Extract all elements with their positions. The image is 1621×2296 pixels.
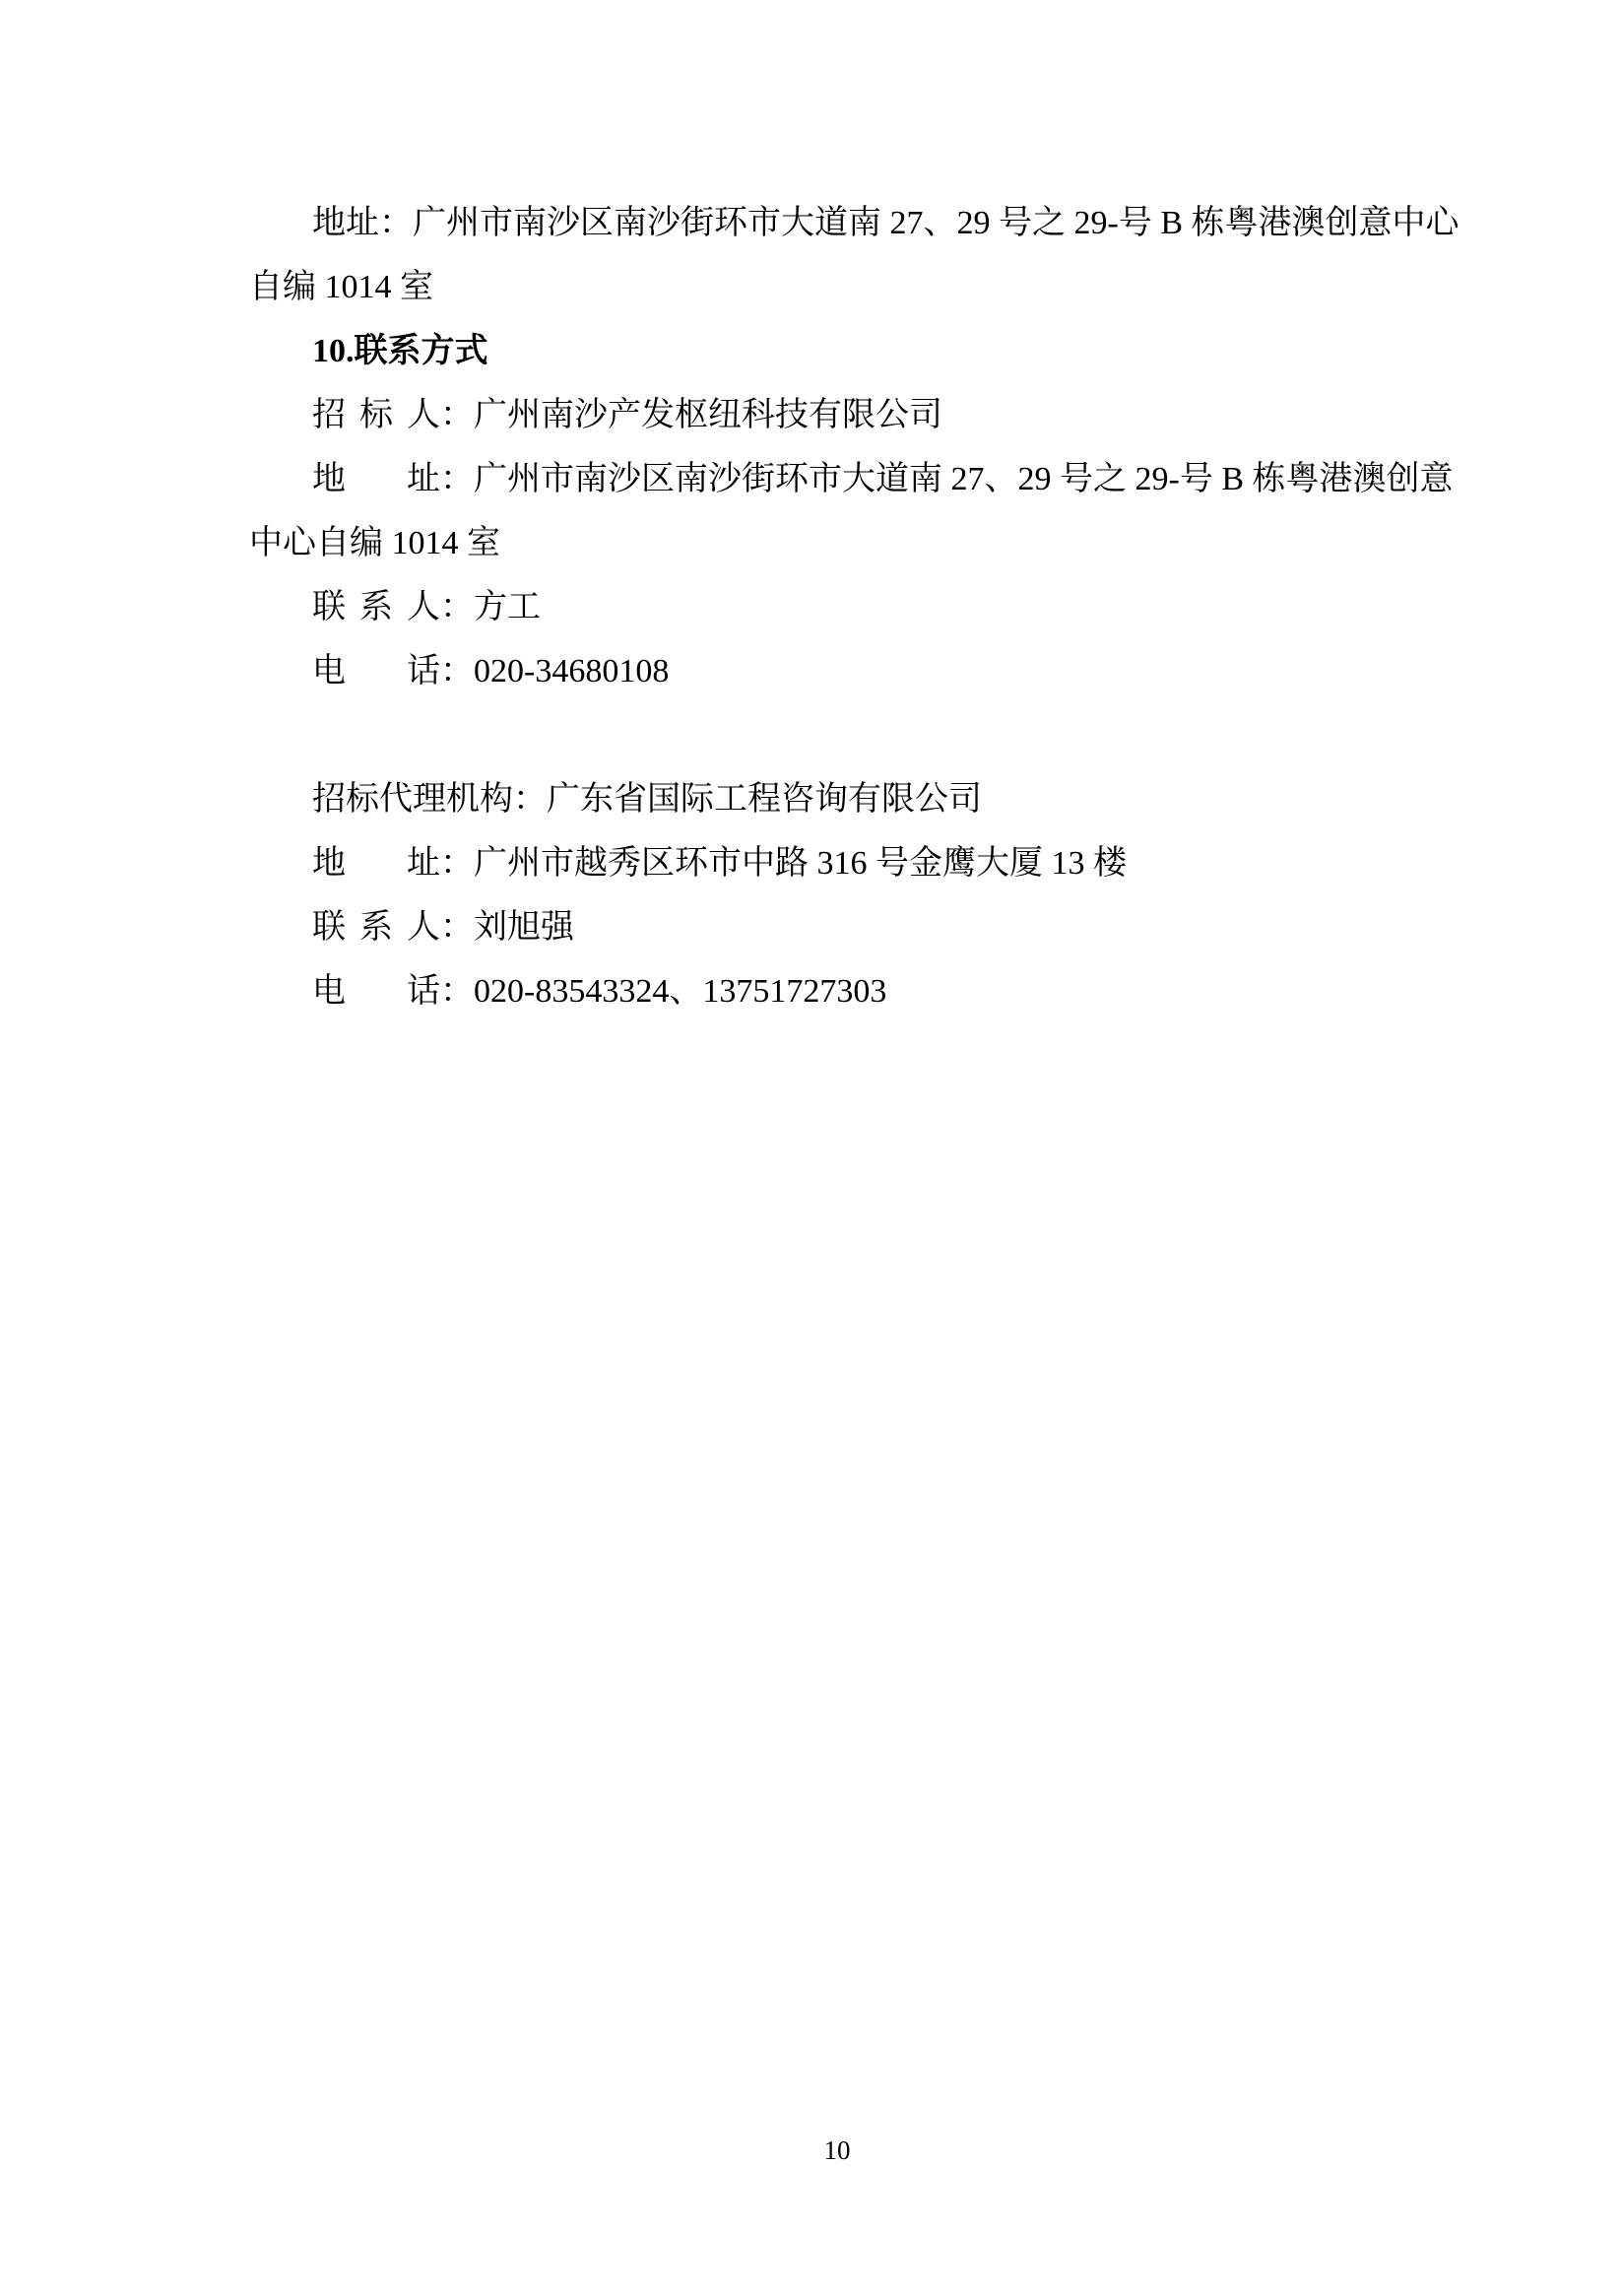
tenderer-phone-line: 电 话：020-34680108: [249, 639, 1425, 703]
label-colon: ：: [440, 461, 474, 497]
tenderer-address-line-2: 中心自编 1014 室: [249, 511, 1425, 575]
bidder-address-line-1: 地址：广州市南沙区南沙街环市大道南 27、29 号之 29-号 B 栋粤港澳创意…: [249, 191, 1425, 255]
section-heading-contact-info: 10.联系方式: [249, 319, 1425, 383]
tenderer-value: 广州南沙产发枢纽科技有限公司: [474, 397, 942, 433]
agency-address-label: 地 址: [312, 831, 440, 895]
label-colon: ：: [440, 589, 474, 625]
tenderer-address-label: 地 址: [312, 447, 440, 511]
tenderer-phone-label: 电 话: [312, 639, 440, 703]
label-colon: ：: [440, 397, 474, 433]
agency-contact-label: 联 系 人: [312, 895, 440, 959]
agency-line: 招标代理机构：广东省国际工程咨询有限公司: [249, 767, 1425, 831]
bidder-address-line-2: 自编 1014 室: [249, 255, 1425, 319]
agency-address-line: 地 址：广州市越秀区环市中路 316 号金鹰大厦 13 楼: [249, 831, 1425, 895]
tenderer-contact-label: 联 系 人: [312, 575, 440, 639]
agency-phone-line: 电 话：020-83543324、13751727303: [249, 959, 1425, 1023]
label-colon: ：: [440, 973, 474, 1010]
tenderer-address-value: 广州市南沙区南沙街环市大道南 27、29 号之 29-号 B 栋粤港澳创意: [474, 461, 1454, 497]
tenderer-label: 招 标 人: [312, 383, 440, 447]
agency-phone-value: 020-83543324、13751727303: [474, 973, 886, 1010]
blank-line: [249, 703, 1425, 767]
agency-address-value: 广州市越秀区环市中路 316 号金鹰大厦 13 楼: [474, 845, 1127, 882]
tenderer-line: 招 标 人：广州南沙产发枢纽科技有限公司: [249, 383, 1425, 447]
tenderer-contact-value: 方工: [474, 589, 541, 625]
tenderer-address-line-1: 地 址：广州市南沙区南沙街环市大道南 27、29 号之 29-号 B 栋粤港澳创…: [249, 447, 1425, 511]
agency-contact-line: 联 系 人：刘旭强: [249, 895, 1425, 959]
document-body: 地址：广州市南沙区南沙街环市大道南 27、29 号之 29-号 B 栋粤港澳创意…: [249, 191, 1425, 1023]
agency-contact-value: 刘旭强: [474, 909, 574, 946]
tenderer-phone-value: 020-34680108: [474, 653, 669, 689]
document-page: 地址：广州市南沙区南沙街环市大道南 27、29 号之 29-号 B 栋粤港澳创意…: [0, 0, 1621, 2296]
page-number: 10: [249, 2131, 1425, 2170]
label-colon: ：: [440, 909, 474, 946]
label-colon: ：: [440, 845, 474, 882]
label-colon: ：: [440, 653, 474, 689]
agency-phone-label: 电 话: [312, 959, 440, 1023]
tenderer-contact-line: 联 系 人：方工: [249, 575, 1425, 639]
